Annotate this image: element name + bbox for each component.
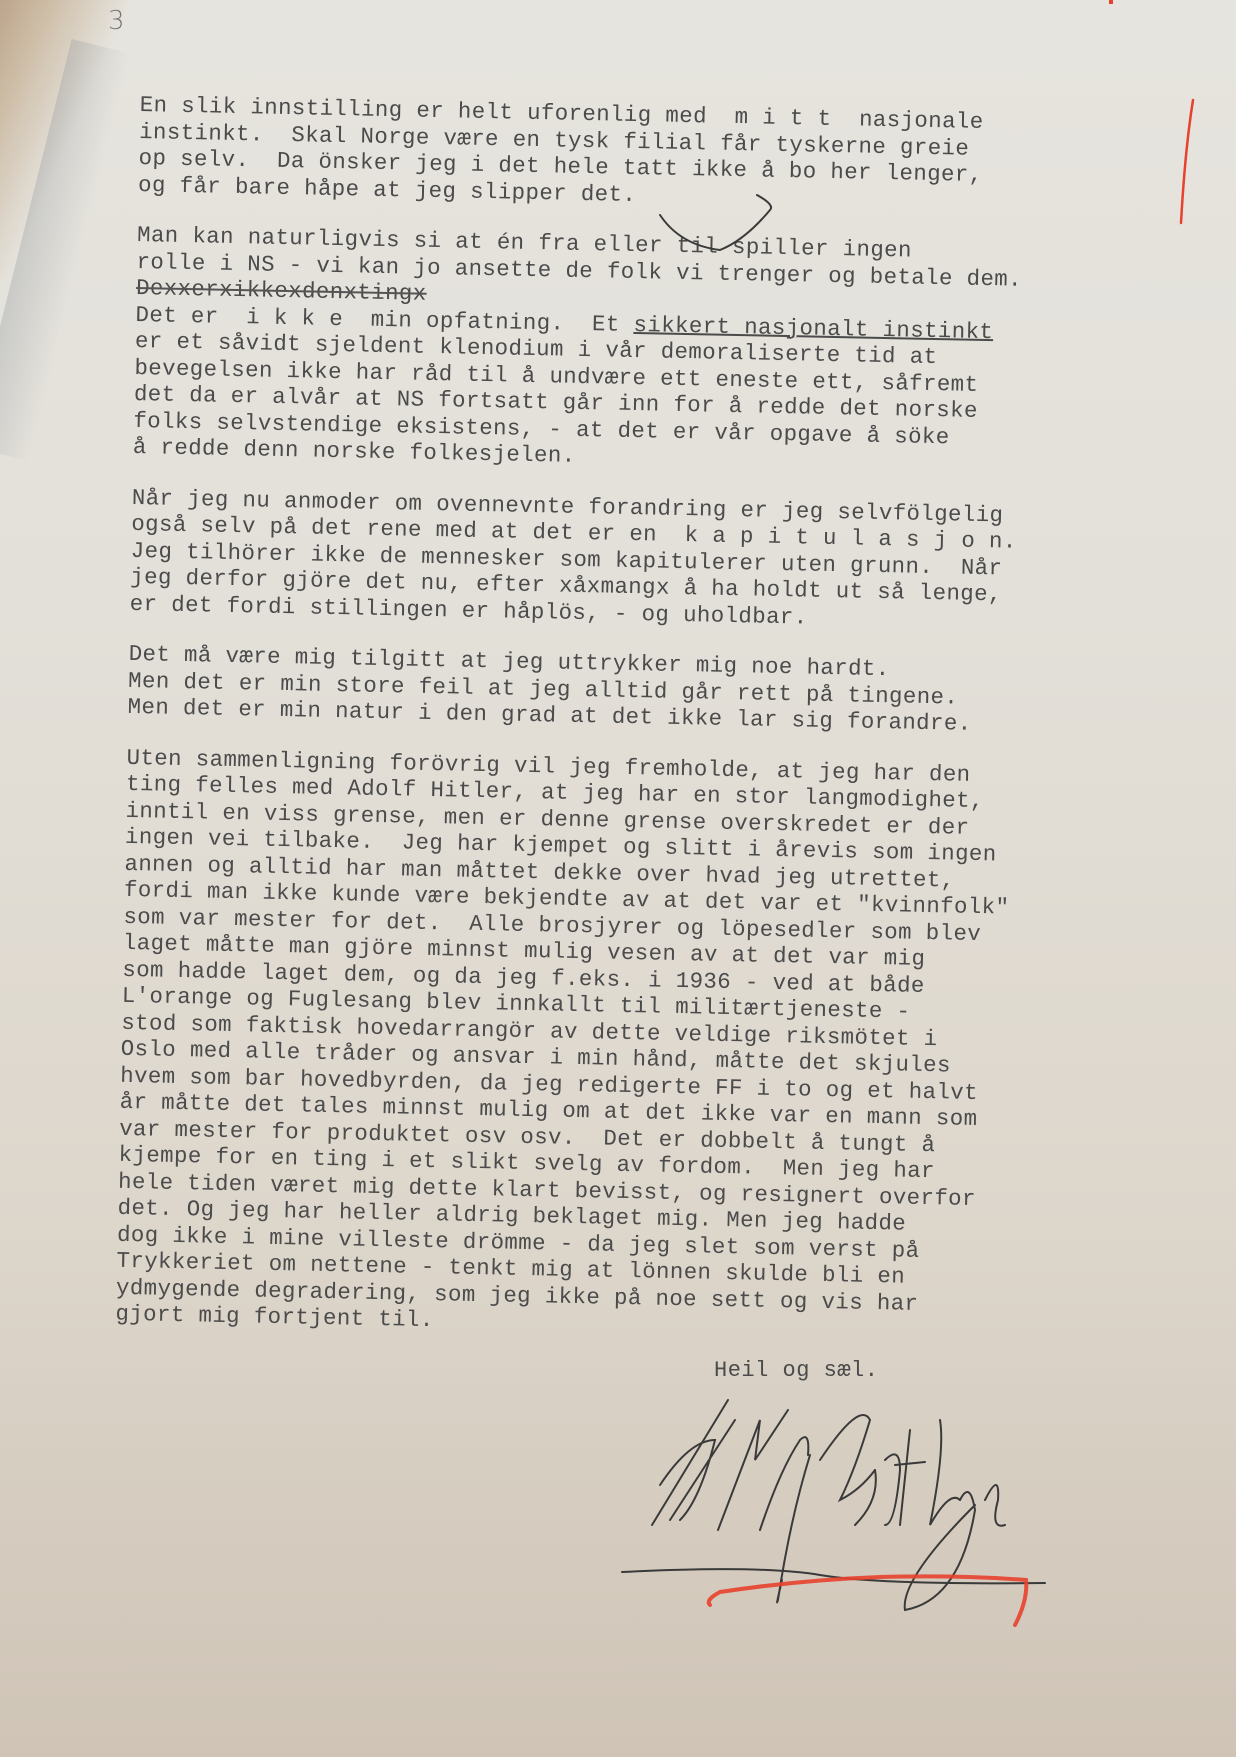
red-margin-line [1181, 100, 1193, 223]
handwritten-marks [0, 0, 1236, 1757]
red-corner-mark [1109, 0, 1113, 4]
pen-caret-mark [660, 195, 771, 250]
